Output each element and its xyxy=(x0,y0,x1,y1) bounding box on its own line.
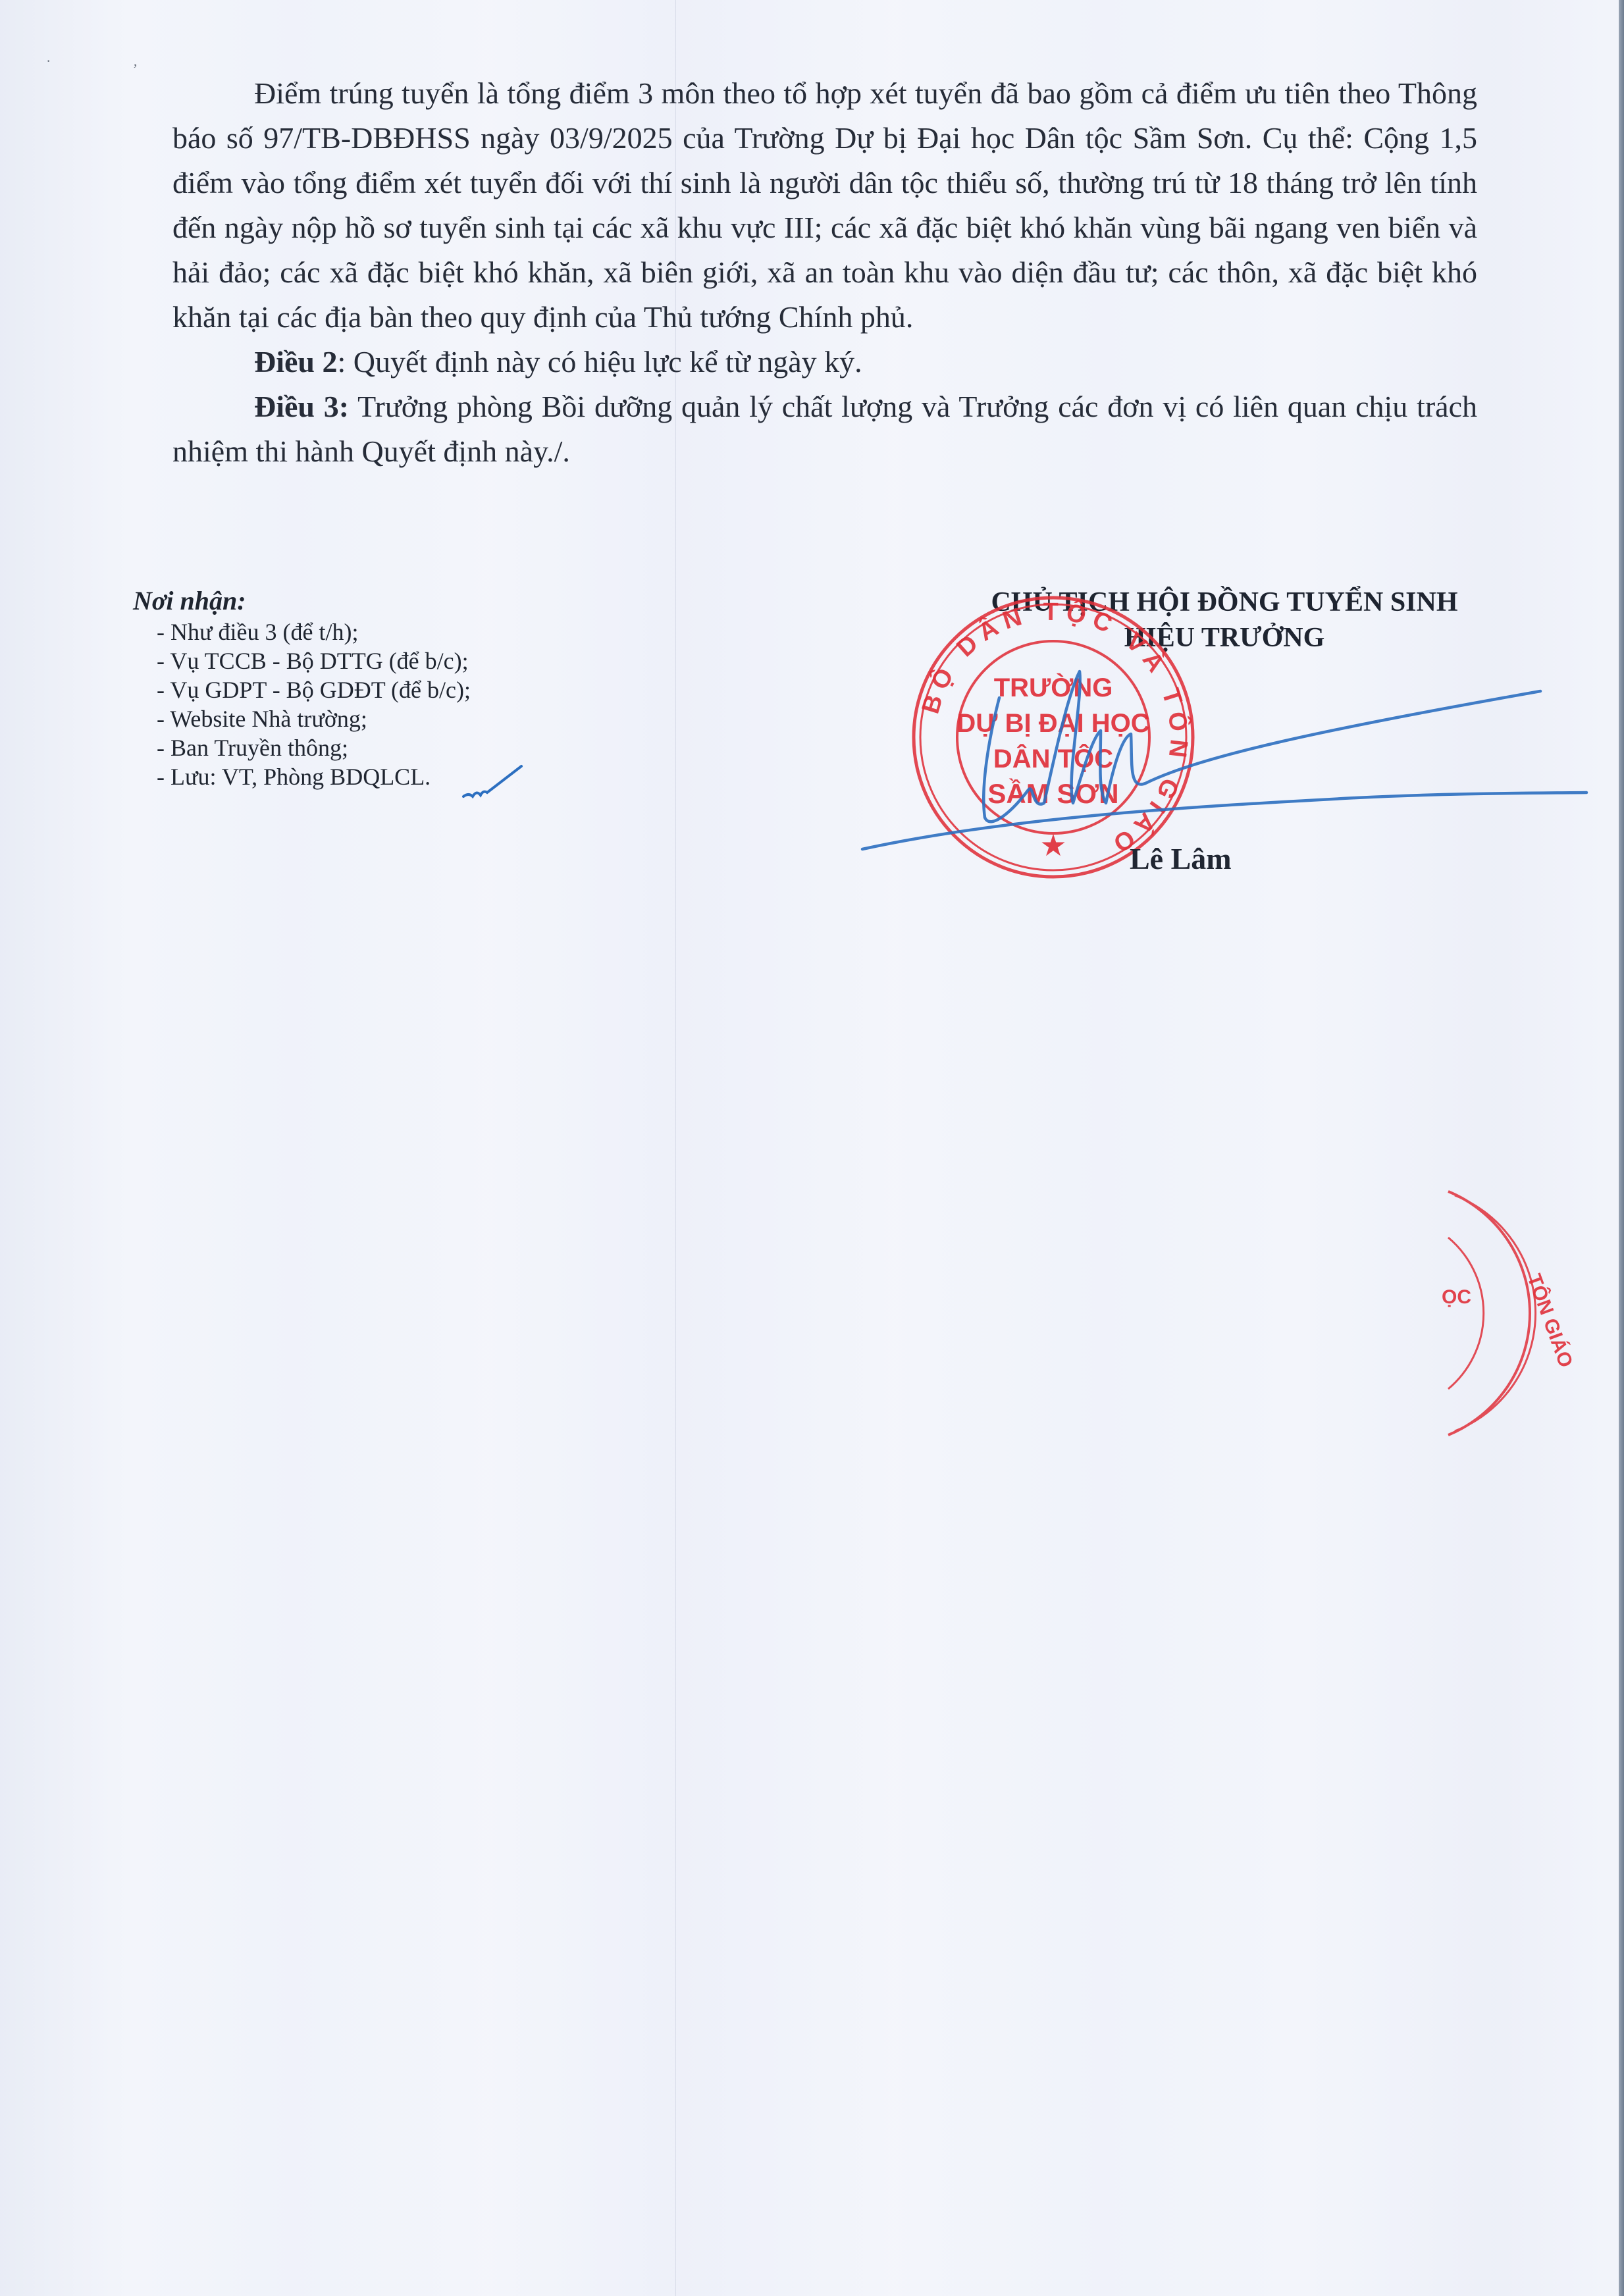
recipient-item: - Như điều 3 (để t/h); xyxy=(157,617,607,646)
article-2: Điều 2: Quyết định này có hiệu lực kể từ… xyxy=(172,340,1477,384)
recipient-item: - Lưu: VT, Phòng BDQLCL. xyxy=(157,762,607,791)
handwritten-signature xyxy=(856,658,1593,869)
initial-mark-icon xyxy=(461,764,533,810)
signer-name: Lê Lâm xyxy=(1130,841,1232,876)
recipient-item: - Website Nhà trường; xyxy=(157,704,607,733)
page-edge-shadow xyxy=(1619,0,1624,2296)
partial-seal-icon: TÔN GIÁO ỌC xyxy=(1428,1172,1600,1448)
article-2-label: Điều 2 xyxy=(254,345,338,378)
article-2-text: Quyết định này có hiệu lực kể từ ngày ký… xyxy=(354,345,862,378)
recipients-list: Nơi nhận: - Như điều 3 (để t/h); - Vụ TC… xyxy=(133,585,607,791)
article-3-text: Trưởng phòng Bồi dưỡng quản lý chất lượn… xyxy=(172,390,1477,468)
recipient-item: - Ban Truyền thông; xyxy=(157,733,607,762)
article-2-separator: : xyxy=(338,345,354,378)
document-body: Điểm trúng tuyển là tổng điểm 3 môn theo… xyxy=(172,71,1477,474)
scanned-document-page: · , Điểm trúng tuyển là tổng điểm 3 môn … xyxy=(0,0,1624,2296)
scan-artifact: · , xyxy=(46,53,118,62)
partial-seal-inner-text: ỌC xyxy=(1442,1286,1471,1308)
paragraph-admission-score: Điểm trúng tuyển là tổng điểm 3 môn theo… xyxy=(172,71,1477,340)
recipient-item: - Vụ TCCB - Bộ DTTG (để b/c); xyxy=(157,646,607,675)
recipient-item: - Vụ GDPT - Bộ GDĐT (để b/c); xyxy=(157,675,607,704)
partial-seal-ring-text: TÔN GIÁO xyxy=(1523,1271,1577,1370)
article-3-label: Điều 3: xyxy=(254,390,349,423)
article-3: Điều 3: Trưởng phòng Bồi dưỡng quản lý c… xyxy=(172,384,1477,474)
recipients-title: Nơi nhận: xyxy=(133,585,607,617)
